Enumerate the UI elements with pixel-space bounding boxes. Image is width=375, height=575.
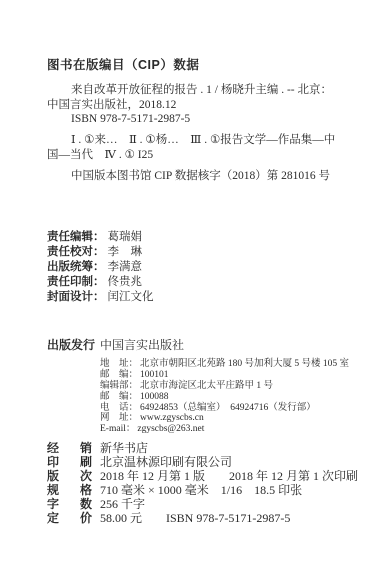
publisher-name: 中国言实出版社 [100,339,184,353]
print-supervisor-credit-line: 责任印制：佟贵兆 [47,275,359,290]
format-row: 规格 710 毫米 × 1000 毫米 1/16 18.5 印张 [47,484,359,498]
editorial-dept-line: 编辑部：北京市海淀区北太平庄路甲 1 号 [100,381,359,392]
coordinator-credit-label: 出版统筹： [47,261,105,273]
editorial-dept-label: 编辑部： [100,381,138,391]
email-label: E-mail： [100,424,135,434]
format-label: 规格 [47,484,92,498]
postcode-value-2: 100088 [140,392,169,402]
edition-value: 2018 年 12 月第 1 版 2018 年 12 月第 1 次印刷 [100,470,358,484]
editor-credit-line: 责任编辑：葛瑞娟 [47,230,359,245]
word-count-row: 字数 256 千字 [47,498,359,512]
editorial-dept-value: 北京市海淀区北太平庄路甲 1 号 [140,381,273,391]
phone-label: 电 话： [100,403,138,413]
cip-classification-line-1: Ⅰ . ①来… Ⅱ . ①杨… Ⅲ . ①报告文学—作品集—中 [47,133,359,148]
cover-design-credit-line: 封面设计：闰江文化 [47,290,359,305]
cip-record-number-line: 中国版本图书馆 CIP 数据核字（2018）第 281016 号 [47,169,359,184]
price-label: 定价 [47,512,92,526]
cover-design-credit-label: 封面设计： [47,291,105,303]
phone-value: 64924853（总编室） 64924716（发行部） [140,403,316,413]
credits-section: 责任编辑：葛瑞娟 责任校对：李 琳 出版统筹：李满意 责任印制：佟贵兆 封面设计… [47,230,359,306]
printing-row: 印刷 北京温林源印刷有限公司 [47,456,359,470]
address-value: 北京市朝阳区北苑路 180 号加利大厦 5 号楼 105 室 [140,359,349,369]
distribution-label: 经销 [47,442,92,456]
proofreader-credit-value: 李 琳 [108,246,143,258]
cip-section: 图书在版编目（CIP）数据 来自改革开放征程的报告 . 1 / 杨晓升主编 . … [47,58,359,184]
format-value: 710 毫米 × 1000 毫米 1/16 18.5 印张 [100,484,302,498]
publisher-row: 出版发行 中国言实出版社 [47,339,359,353]
address-line: 地 址：北京市朝阳区北苑路 180 号加利大厦 5 号楼 105 室 [100,359,359,370]
email-line: E-mail：zgyscbs@263.net [100,424,359,435]
cover-design-credit-value: 闰江文化 [108,291,154,303]
word-count-value: 256 千字 [100,498,145,512]
email-value: zgyscbs@263.net [137,424,204,434]
postcode-line: 邮 编：100101 [100,370,359,381]
publisher-details: 地 址：北京市朝阳区北苑路 180 号加利大厦 5 号楼 105 室 邮 编：1… [100,359,359,435]
edition-label: 版次 [47,470,92,484]
printing-value: 北京温林源印刷有限公司 [100,456,232,470]
book-copyright-page: 图书在版编目（CIP）数据 来自改革开放征程的报告 . 1 / 杨晓升主编 . … [0,0,375,575]
print-supervisor-credit-value: 佟贵兆 [108,276,143,288]
postcode-label-2: 邮 编： [100,392,138,402]
postcode-line-2: 邮 编：100088 [100,392,359,403]
cip-publisher-line: 中国言实出版社，2018.12 [47,98,359,113]
proofreader-credit-label: 责任校对： [47,246,105,258]
coordinator-credit-value: 李满意 [108,261,143,273]
distribution-row: 经销 新华书店 [47,442,359,456]
website-label: 网 址： [100,413,138,423]
editor-credit-label: 责任编辑： [47,231,105,243]
coordinator-credit-line: 出版统筹：李满意 [47,260,359,275]
edition-row: 版次 2018 年 12 月第 1 版 2018 年 12 月第 1 次印刷 [47,470,359,484]
price-row: 定价 58.00 元 ISBN 978-7-5171-2987-5 [47,512,359,526]
cip-title-line: 来自改革开放征程的报告 . 1 / 杨晓升主编 . -- 北京： [47,83,359,98]
cip-classification-line-2: 国—当代 Ⅳ . ① I25 [47,148,359,163]
printing-label: 印刷 [47,456,92,470]
word-count-label: 字数 [47,498,92,512]
postcode-value: 100101 [140,370,169,380]
editor-credit-value: 葛瑞娟 [108,231,143,243]
website-line: 网 址：www.zgyscbs.cn [100,413,359,424]
publisher-row-label: 出版发行 [47,339,92,353]
cip-isbn-line: ISBN 978-7-5171-2987-5 [47,112,359,127]
phone-line: 电 话：64924853（总编室） 64924716（发行部） [100,403,359,414]
price-value: 58.00 元 ISBN 978-7-5171-2987-5 [100,512,290,526]
postcode-label: 邮 编： [100,370,138,380]
address-label: 地 址： [100,359,138,369]
print-supervisor-credit-label: 责任印制： [47,276,105,288]
website-value: www.zgyscbs.cn [140,413,204,423]
publishing-info-section: 出版发行 中国言实出版社 地 址：北京市朝阳区北苑路 180 号加利大厦 5 号… [47,339,359,526]
proofreader-credit-line: 责任校对：李 琳 [47,245,359,260]
cip-heading: 图书在版编目（CIP）数据 [47,58,359,73]
distribution-value: 新华书店 [100,442,148,456]
